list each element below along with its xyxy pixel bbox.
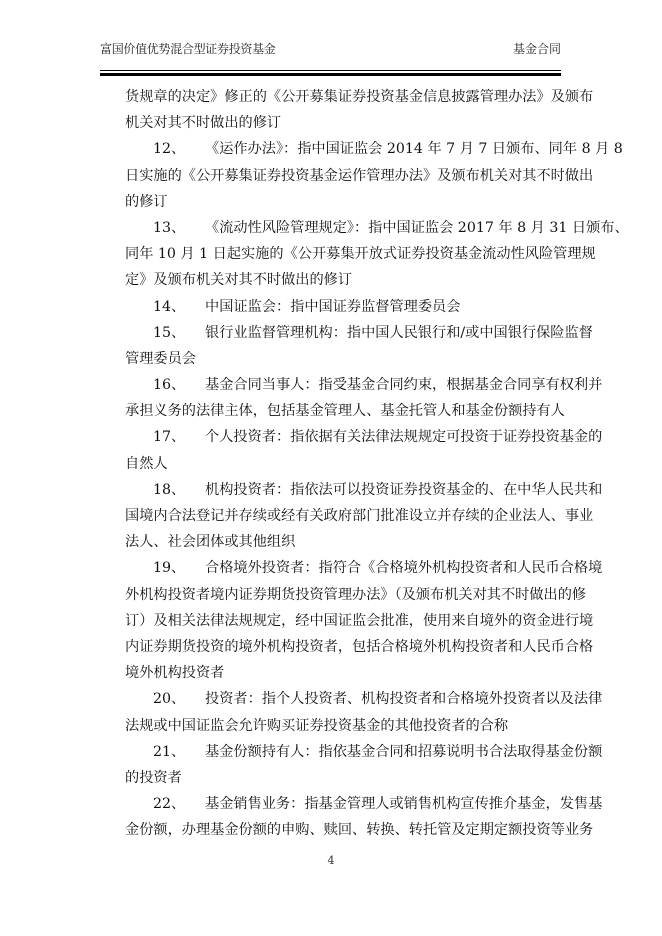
item-number: 19、 [153, 555, 205, 581]
item-number: 16、 [153, 372, 205, 398]
line-text: 银行业监督管理机构：指中国人民银行和/或中国银行保险监督 [205, 325, 593, 341]
text-line: 管理委员会 [125, 346, 563, 372]
line-text: 基金合同当事人：指受基金合同约束，根据基金合同享有权利并 [205, 377, 602, 393]
definition-item: 22、基金销售业务：指基金管理人或销售机构宣传推介基金，发售基金份额，办理基金份… [125, 791, 563, 843]
line-text: 个人投资者：指依据有关法律法规规定可投资于证券投资基金的 [205, 429, 602, 445]
page-number: 4 [0, 854, 662, 867]
line-text: 法规或中国证监会允许购买证券投资基金的其他投资者的合称 [125, 718, 508, 734]
header-doc-type: 基金合同 [513, 40, 561, 57]
line-text: 境外机构投资者 [125, 665, 224, 681]
definition-item: 15、银行业监督管理机构：指中国人民银行和/或中国银行保险监督管理委员会 [125, 320, 563, 372]
line-text: 国境内合法登记并存续或经有关政府部门批准设立并存续的企业法人、事业 [125, 508, 593, 524]
text-line: 13、《流动性风险管理规定》：指中国证监会 2017 年 8 月 31 日颁布、 [125, 215, 563, 241]
line-text: 金份额，办理基金份额的申购、赎回、转换、转托管及定期定额投资等业务 [125, 822, 593, 838]
definition-item: 12、《运作办法》：指中国证监会 2014 年 7 月 7 日颁布、同年 8 月… [125, 136, 563, 215]
line-text: 承担义务的法律主体，包括基金管理人、基金托管人和基金份额持有人 [125, 403, 565, 419]
text-line: 17、个人投资者：指依据有关法律法规规定可投资于证券投资基金的 [125, 424, 563, 450]
line-text: 基金销售业务：指基金管理人或销售机构宣传推介基金，发售基 [205, 796, 602, 812]
document-page: 富国价值优势混合型证券投资基金 基金合同 货规章的决定》修正的《公开募集证券投资… [0, 0, 662, 936]
text-line: 金份额，办理基金份额的申购、赎回、转换、转托管及定期定额投资等业务 [125, 817, 563, 843]
text-line: 日实施的《公开募集证券投资基金运作管理办法》及颁布机关对其不时做出 [125, 163, 563, 189]
line-text: 《流动性风险管理规定》：指中国证监会 2017 年 8 月 31 日颁布、 [205, 220, 629, 236]
text-line: 订）及相关法律法规规定，经中国证监会批准，使用来自境外的资金进行境 [125, 608, 563, 634]
item-number: 17、 [153, 424, 205, 450]
definition-item: 20、投资者：指个人投资者、机构投资者和合格境外投资者以及法律法规或中国证监会允… [125, 686, 563, 738]
item-number: 18、 [153, 477, 205, 503]
text-line: 自然人 [125, 451, 563, 477]
line-text: 订）及相关法律法规规定，经中国证监会批准，使用来自境外的资金进行境 [125, 613, 593, 629]
definition-item: 13、《流动性风险管理规定》：指中国证监会 2017 年 8 月 31 日颁布、… [125, 215, 563, 294]
text-line: 19、合格境外投资者：指符合《合格境外机构投资者和人民币合格境 [125, 555, 563, 581]
header-rule-thin [100, 70, 561, 71]
text-line: 14、中国证监会：指中国证券监督管理委员会 [125, 294, 563, 320]
text-line: 22、基金销售业务：指基金管理人或销售机构宣传推介基金，发售基 [125, 791, 563, 817]
text-line: 12、《运作办法》：指中国证监会 2014 年 7 月 7 日颁布、同年 8 月… [125, 136, 563, 162]
text-line: 的修订 [125, 189, 563, 215]
definition-item: 19、合格境外投资者：指符合《合格境外机构投资者和人民币合格境外机构投资者境内证… [125, 555, 563, 686]
line-text: 机关对其不时做出的修订 [125, 115, 281, 131]
definition-item: 16、基金合同当事人：指受基金合同约束，根据基金合同享有权利并承担义务的法律主体… [125, 372, 563, 424]
text-line: 15、银行业监督管理机构：指中国人民银行和/或中国银行保险监督 [125, 320, 563, 346]
header-fund-name: 富国价值优势混合型证券投资基金 [100, 40, 276, 57]
item-number: 13、 [153, 215, 205, 241]
definition-item: 17、个人投资者：指依据有关法律法规规定可投资于证券投资基金的自然人 [125, 424, 563, 476]
text-line: 货规章的决定》修正的《公开募集证券投资基金信息披露管理办法》及颁布 [125, 84, 563, 110]
line-text: 管理委员会 [125, 351, 196, 367]
header-rule-thick [100, 73, 561, 76]
text-line: 法规或中国证监会允许购买证券投资基金的其他投资者的合称 [125, 713, 563, 739]
definition-item: 14、中国证监会：指中国证券监督管理委员会 [125, 294, 563, 320]
item-number: 22、 [153, 791, 205, 817]
line-text: 日实施的《公开募集证券投资基金运作管理办法》及颁布机关对其不时做出 [125, 168, 593, 184]
item-number: 12、 [153, 136, 205, 162]
text-line: 机关对其不时做出的修订 [125, 110, 563, 136]
line-text: 基金份额持有人：指依基金合同和招募说明书合法取得基金份额 [205, 744, 602, 760]
line-text: 机构投资者：指依法可以投资证券投资基金的、在中华人民共和 [205, 482, 602, 498]
line-text: 同年 10 月 1 日起实施的《公开募集开放式证券投资基金流动性风险管理规 [125, 246, 596, 262]
page-header: 富国价值优势混合型证券投资基金 基金合同 [100, 40, 561, 60]
item-number: 20、 [153, 686, 205, 712]
line-text: 的投资者 [125, 770, 182, 786]
line-text: 《运作办法》：指中国证监会 2014 年 7 月 7 日颁布、同年 8 月 8 [205, 141, 623, 157]
line-text: 内证券期货投资的境外机构投资者，包括合格境外机构投资者和人民币合格 [125, 639, 593, 655]
item-number: 14、 [153, 294, 205, 320]
text-line: 定》及颁布机关对其不时做出的修订 [125, 267, 563, 293]
line-text: 中国证监会：指中国证券监督管理委员会 [205, 299, 460, 315]
text-line: 21、基金份额持有人：指依基金合同和招募说明书合法取得基金份额 [125, 739, 563, 765]
line-text: 法人、社会团体或其他组织 [125, 534, 295, 550]
definition-item: 18、机构投资者：指依法可以投资证券投资基金的、在中华人民共和国境内合法登记并存… [125, 477, 563, 556]
line-text: 货规章的决定》修正的《公开募集证券投资基金信息披露管理办法》及颁布 [125, 89, 593, 105]
continuation-paragraph: 货规章的决定》修正的《公开募集证券投资基金信息披露管理办法》及颁布机关对其不时做… [125, 84, 563, 136]
definition-item: 21、基金份额持有人：指依基金合同和招募说明书合法取得基金份额的投资者 [125, 739, 563, 791]
item-number: 21、 [153, 739, 205, 765]
text-line: 法人、社会团体或其他组织 [125, 529, 563, 555]
text-line: 外机构投资者境内证券期货投资管理办法》（及颁布机关对其不时做出的修 [125, 582, 563, 608]
document-body: 货规章的决定》修正的《公开募集证券投资基金信息披露管理办法》及颁布机关对其不时做… [125, 84, 563, 843]
text-line: 18、机构投资者：指依法可以投资证券投资基金的、在中华人民共和 [125, 477, 563, 503]
text-line: 16、基金合同当事人：指受基金合同约束，根据基金合同享有权利并 [125, 372, 563, 398]
text-line: 20、投资者：指个人投资者、机构投资者和合格境外投资者以及法律 [125, 686, 563, 712]
line-text: 外机构投资者境内证券期货投资管理办法》（及颁布机关对其不时做出的修 [125, 587, 586, 603]
text-line: 同年 10 月 1 日起实施的《公开募集开放式证券投资基金流动性风险管理规 [125, 241, 563, 267]
line-text: 合格境外投资者：指符合《合格境外机构投资者和人民币合格境 [205, 560, 602, 576]
text-line: 承担义务的法律主体，包括基金管理人、基金托管人和基金份额持有人 [125, 398, 563, 424]
text-line: 内证券期货投资的境外机构投资者，包括合格境外机构投资者和人民币合格 [125, 634, 563, 660]
text-line: 国境内合法登记并存续或经有关政府部门批准设立并存续的企业法人、事业 [125, 503, 563, 529]
line-text: 的修订 [125, 194, 168, 210]
item-number: 15、 [153, 320, 205, 346]
line-text: 定》及颁布机关对其不时做出的修订 [125, 272, 352, 288]
text-line: 的投资者 [125, 765, 563, 791]
line-text: 投资者：指个人投资者、机构投资者和合格境外投资者以及法律 [205, 691, 602, 707]
line-text: 自然人 [125, 456, 168, 472]
text-line: 境外机构投资者 [125, 660, 563, 686]
